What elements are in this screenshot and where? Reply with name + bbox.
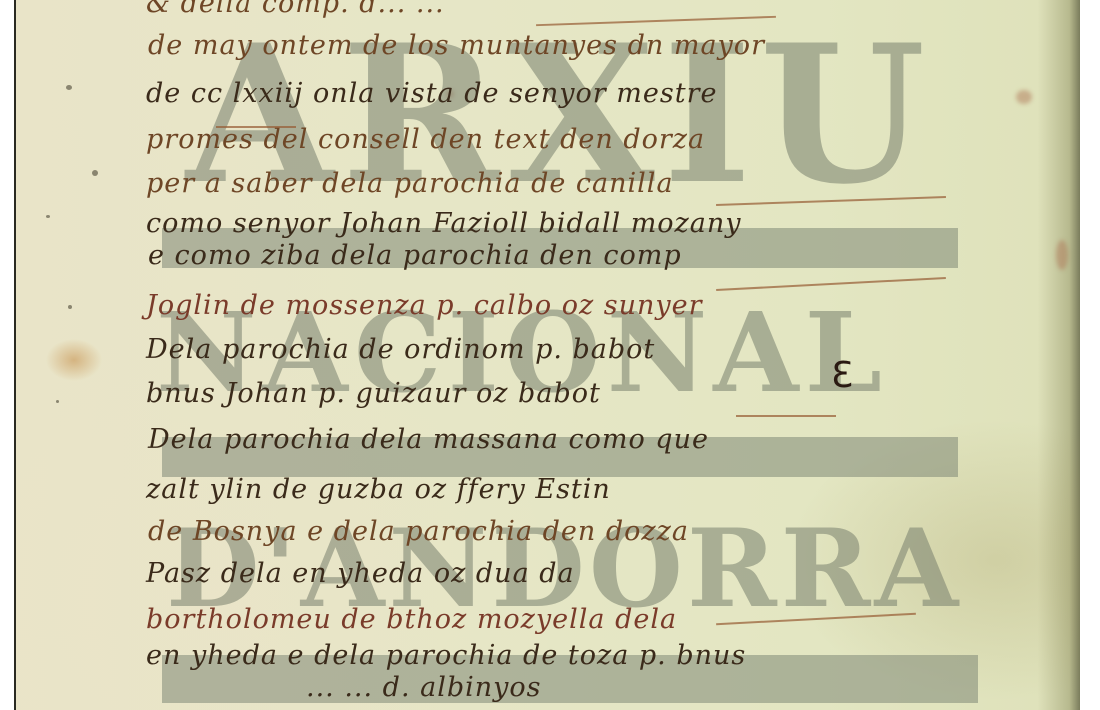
stain	[1056, 240, 1068, 270]
manuscript-line-14: Pasz dela en yheda oz dua da	[146, 558, 575, 589]
manuscript-line-11: Dela parochia dela massana como que	[148, 424, 709, 455]
manuscript-page: ARXIU NACIONAL D'ANDORRA & della comp. d…	[14, 0, 1080, 710]
margin-mark: ℇ	[831, 355, 853, 396]
manuscript-line-5: per a saber dela parochia de canilla	[146, 168, 674, 199]
ink-speck	[46, 215, 50, 218]
manuscript-line-4: promes del consell den text den dorza	[146, 124, 705, 155]
manuscript-line-10: bnus Johan p. guizaur oz babot	[146, 378, 601, 409]
manuscript-line-12: zalt ylin de guzba oz ffery Estin	[146, 474, 611, 505]
pen-flourish	[216, 126, 296, 128]
scan-margin	[1080, 0, 1100, 710]
ink-speck	[92, 170, 98, 176]
manuscript-line-3: de cc lxxiij onla vista de senyor mestre	[146, 78, 717, 109]
pen-flourish	[736, 415, 836, 417]
manuscript-line-7: e como ziba dela parochia den comp	[148, 240, 682, 271]
manuscript-line-2: de may ontem de los muntanyes dn mayor	[148, 30, 765, 61]
manuscript-line-8: Joglin de mossenza p. calbo oz sunyer	[146, 290, 703, 321]
manuscript-line-13: de Bosnya e dela parochia den dozza	[148, 516, 689, 547]
manuscript-line-17: ... ... d. albinyos	[306, 672, 542, 703]
manuscript-line-9: Dela parochia de ordinom p. babot	[146, 334, 655, 365]
manuscript-line-1: & della comp. d... ...	[146, 0, 445, 19]
stain	[1016, 90, 1032, 104]
ink-speck	[66, 85, 72, 90]
ink-speck	[56, 400, 59, 403]
manuscript-line-6: como senyor Johan Fazioll bidall mozany	[146, 208, 742, 239]
ink-speck	[68, 305, 72, 309]
manuscript-line-16: en yheda e dela parochia de toza p. bnus	[146, 640, 746, 671]
manuscript-line-15: bortholomeu de bthoz mozyella dela	[146, 604, 677, 635]
